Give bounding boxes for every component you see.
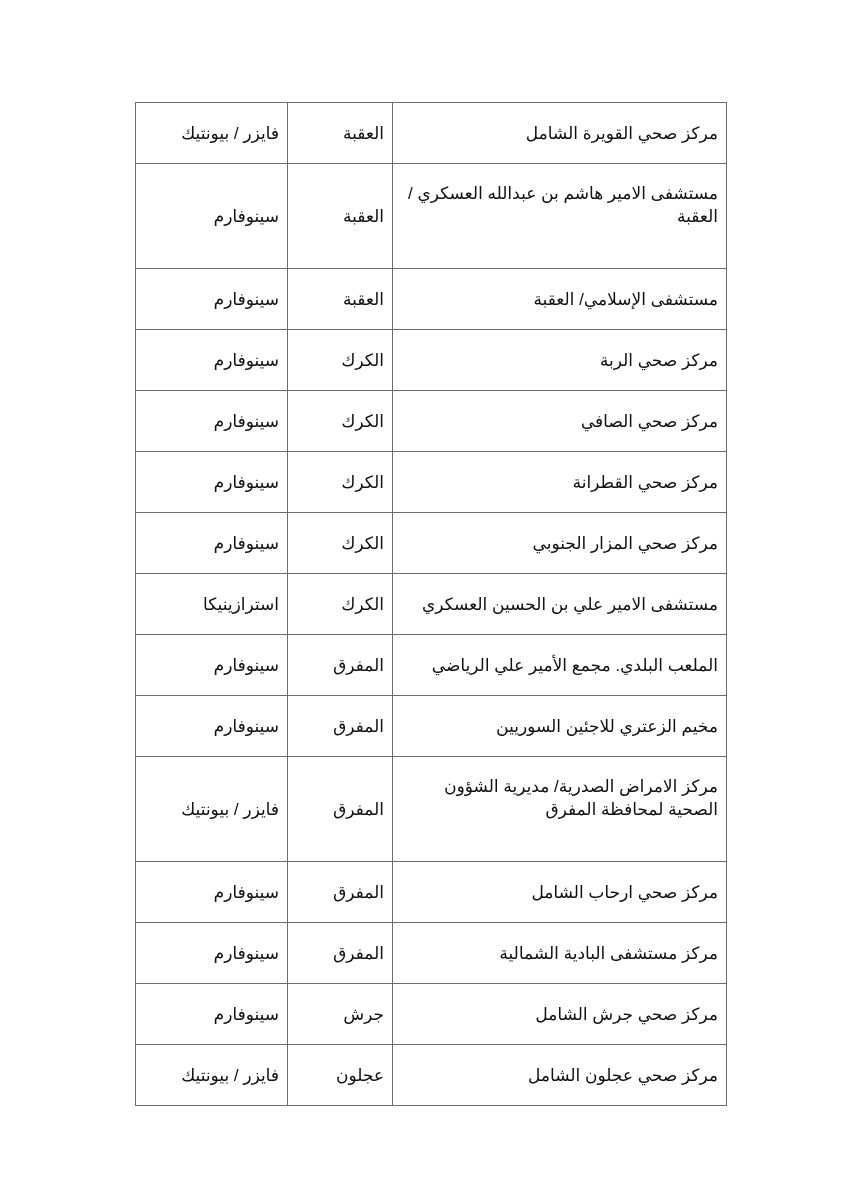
site-cell: مستشفى الامير هاشم بن عبدالله العسكري / … <box>393 164 727 269</box>
vaccine-cell: سينوفارم <box>136 923 288 984</box>
site-cell: مركز صحي المزار الجنوبي <box>393 513 727 574</box>
vaccine-cell: سينوفارم <box>136 269 288 330</box>
table-row: مركز صحي ارحاب الشامل المفرق سينوفارم <box>136 862 727 923</box>
document-page: مركز صحي القويرة الشامل العقبة فايزر / ب… <box>0 0 850 1193</box>
governorate-cell: الكرك <box>288 574 393 635</box>
vaccine-cell: سينوفارم <box>136 696 288 757</box>
governorate-cell: المفرق <box>288 635 393 696</box>
site-cell: مركز الامراض الصدرية/ مديرية الشؤون الصح… <box>393 757 727 862</box>
governorate-cell: الكرك <box>288 330 393 391</box>
site-cell: مركز صحي ارحاب الشامل <box>393 862 727 923</box>
table-row: مركز صحي القويرة الشامل العقبة فايزر / ب… <box>136 103 727 164</box>
table-row: مستشفى الإسلامي/ العقبة العقبة سينوفارم <box>136 269 727 330</box>
site-cell: الملعب البلدي. مجمع الأمير علي الرياضي <box>393 635 727 696</box>
vaccine-cell: سينوفارم <box>136 164 288 269</box>
table-row: مركز الامراض الصدرية/ مديرية الشؤون الصح… <box>136 757 727 862</box>
governorate-cell: الكرك <box>288 391 393 452</box>
governorate-cell: المفرق <box>288 923 393 984</box>
governorate-cell: المفرق <box>288 757 393 862</box>
site-cell: مركز صحي القطرانة <box>393 452 727 513</box>
table-row: مستشفى الامير علي بن الحسين العسكري الكر… <box>136 574 727 635</box>
site-cell: مستشفى الامير علي بن الحسين العسكري <box>393 574 727 635</box>
table-row: مركز صحي الصافي الكرك سينوفارم <box>136 391 727 452</box>
governorate-cell: عجلون <box>288 1045 393 1106</box>
site-cell: مركز صحي الصافي <box>393 391 727 452</box>
vaccine-cell: فايزر / بيونتيك <box>136 1045 288 1106</box>
site-cell: مركز صحي القويرة الشامل <box>393 103 727 164</box>
table-row: مركز صحي المزار الجنوبي الكرك سينوفارم <box>136 513 727 574</box>
governorate-cell: العقبة <box>288 269 393 330</box>
vaccine-cell: سينوفارم <box>136 862 288 923</box>
site-cell: مركز صحي عجلون الشامل <box>393 1045 727 1106</box>
governorate-cell: جرش <box>288 984 393 1045</box>
governorate-cell: العقبة <box>288 103 393 164</box>
site-cell: مركز صحي جرش الشامل <box>393 984 727 1045</box>
vaccination-sites-table: مركز صحي القويرة الشامل العقبة فايزر / ب… <box>135 102 727 1106</box>
vaccine-cell: سينوفارم <box>136 635 288 696</box>
vaccine-cell: سينوفارم <box>136 452 288 513</box>
vaccine-cell: استرازينيكا <box>136 574 288 635</box>
table-row: مخيم الزعتري للاجئين السوريين المفرق سين… <box>136 696 727 757</box>
table-row: الملعب البلدي. مجمع الأمير علي الرياضي ا… <box>136 635 727 696</box>
governorate-cell: العقبة <box>288 164 393 269</box>
table-row: مركز صحي عجلون الشامل عجلون فايزر / بيون… <box>136 1045 727 1106</box>
vaccine-cell: سينوفارم <box>136 513 288 574</box>
site-cell: مستشفى الإسلامي/ العقبة <box>393 269 727 330</box>
vaccine-cell: سينوفارم <box>136 330 288 391</box>
vaccine-cell: فايزر / بيونتيك <box>136 757 288 862</box>
table-row: مركز مستشفى البادية الشمالية المفرق سينو… <box>136 923 727 984</box>
vaccine-cell: فايزر / بيونتيك <box>136 103 288 164</box>
table-row: مركز صحي الربة الكرك سينوفارم <box>136 330 727 391</box>
site-cell: مركز صحي الربة <box>393 330 727 391</box>
governorate-cell: المفرق <box>288 696 393 757</box>
table-row: مركز صحي القطرانة الكرك سينوفارم <box>136 452 727 513</box>
table-row: مركز صحي جرش الشامل جرش سينوفارم <box>136 984 727 1045</box>
governorate-cell: المفرق <box>288 862 393 923</box>
vaccine-cell: سينوفارم <box>136 984 288 1045</box>
governorate-cell: الكرك <box>288 452 393 513</box>
site-cell: مركز مستشفى البادية الشمالية <box>393 923 727 984</box>
governorate-cell: الكرك <box>288 513 393 574</box>
table-row: مستشفى الامير هاشم بن عبدالله العسكري / … <box>136 164 727 269</box>
site-cell: مخيم الزعتري للاجئين السوريين <box>393 696 727 757</box>
vaccine-cell: سينوفارم <box>136 391 288 452</box>
